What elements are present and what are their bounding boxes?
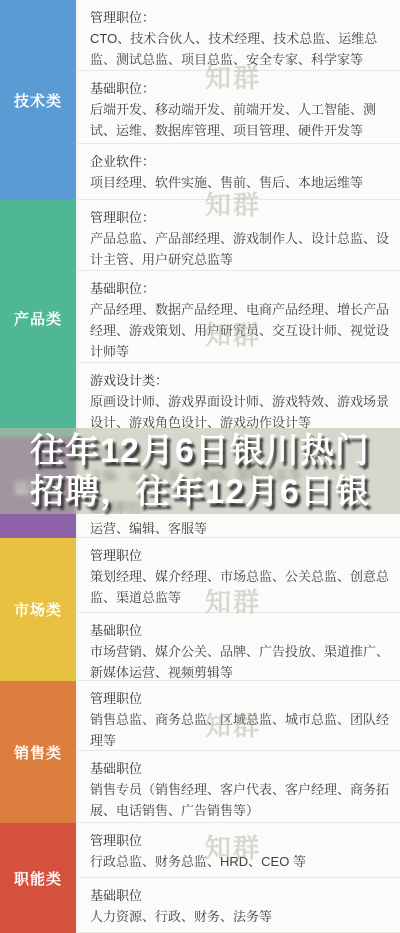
card-header: 基础职位 xyxy=(90,885,390,906)
section-functional: 职能类 管理职位 行政总监、财务总监、HRD、CEO 等 基础职位 人力资源、行… xyxy=(0,823,400,933)
section-marketing-label-cell: 市场类 xyxy=(0,538,76,681)
job-card: 基础职位 销售专员（销售经理、客户代表、客户经理、商务拓展、电话销售、广告销售等… xyxy=(78,751,400,823)
card-header: 管理职位： xyxy=(90,7,390,28)
card-body: 策划经理、媒介经理、市场总监、公关总监、创意总监、渠道总监等 xyxy=(90,566,390,608)
section-functional-label-cell: 职能类 xyxy=(0,823,76,933)
card-header: 管理职位： xyxy=(90,207,390,228)
card-header: 基础职位： xyxy=(90,278,390,299)
section-label: 技术类 xyxy=(14,90,62,111)
card-body: CTO、技术合伙人、技术经理、技术总监、运维总监、测试总监、项目总监、安全专家、… xyxy=(90,28,390,70)
card-body: 销售总监、商务总监、区域总监、城市总监、团队经理等 xyxy=(90,709,390,751)
section-sales-label-cell: 销售类 xyxy=(0,681,76,823)
job-card: 管理职位 销售总监、商务总监、区域总监、城市总监、团队经理等 xyxy=(78,681,400,751)
job-card: 基础职位： 后端开发、移动端开发、前端开发、人工智能、测试、运维、数据库管理、项… xyxy=(78,71,400,144)
job-card: 管理职位 策划经理、媒介经理、市场总监、公关总监、创意总监、渠道总监等 xyxy=(78,538,400,613)
section-marketing-cards: 管理职位 策划经理、媒介经理、市场总监、公关总监、创意总监、渠道总监等 基础职位… xyxy=(78,538,400,681)
job-card: 基础职位 人力资源、行政、财务、法务等 xyxy=(78,878,400,933)
job-card: 管理职位： 产品总监、产品部经理、游戏制作人、设计总监、设计主管、用户研究总监等 xyxy=(78,200,400,271)
section-tech-cards: 管理职位： CTO、技术合伙人、技术经理、技术总监、运维总监、测试总监、项目总监… xyxy=(78,0,400,200)
section-functional-cards: 管理职位 行政总监、财务总监、HRD、CEO 等 基础职位 人力资源、行政、财务… xyxy=(78,823,400,933)
section-product: 产品类 管理职位： 产品总监、产品部经理、游戏制作人、设计总监、设计主管、用户研… xyxy=(0,200,400,437)
job-card: 基础职位 市场营销、媒介公关、品牌、广告投放、渠道推广、新媒体运营、视频剪辑等 xyxy=(78,613,400,681)
card-body: 产品总监、产品部经理、游戏制作人、设计总监、设计主管、用户研究总监等 xyxy=(90,228,390,270)
section-tech: 技术类 管理职位： CTO、技术合伙人、技术经理、技术总监、运维总监、测试总监、… xyxy=(0,0,400,200)
card-header: 基础职位： xyxy=(90,78,390,99)
card-body: 运营、编辑、客服等 xyxy=(90,518,390,538)
job-card: 游戏设计类： 原画设计师、游戏界面设计师、游戏特效、游戏场景设计、游戏角色设计、… xyxy=(78,363,400,437)
section-label: 职能类 xyxy=(14,868,62,889)
card-header: 管理职位 xyxy=(90,545,390,566)
card-header: 游戏设计类： xyxy=(90,370,390,391)
card-header: 基础职位 xyxy=(90,620,390,641)
card-header: 基础职位 xyxy=(90,758,390,779)
section-sales: 销售类 管理职位 销售总监、商务总监、区域总监、城市总监、团队经理等 基础职位 … xyxy=(0,681,400,823)
section-marketing: 市场类 管理职位 策划经理、媒介经理、市场总监、公关总监、创意总监、渠道总监等 … xyxy=(0,538,400,681)
card-body: 市场营销、媒介公关、品牌、广告投放、渠道推广、新媒体运营、视频剪辑等 xyxy=(90,641,390,681)
job-categories-infographic: 技术类 管理职位： CTO、技术合伙人、技术经理、技术总监、运维总监、测试总监、… xyxy=(0,0,400,933)
job-card: 管理职位： CTO、技术合伙人、技术经理、技术总监、运维总监、测试总监、项目总监… xyxy=(78,0,400,71)
section-label: 销售类 xyxy=(14,742,62,763)
job-card: 基础职位： 产品经理、数据产品经理、电商产品经理、增长产品经理、游戏策划、用户研… xyxy=(78,271,400,363)
card-body: 人力资源、行政、财务、法务等 xyxy=(90,906,390,927)
overlay-title: 往年12月6日银川热门 招聘，往年12月6日银 xyxy=(0,431,400,513)
job-card: 管理职位 行政总监、财务总监、HRD、CEO 等 xyxy=(78,823,400,878)
overlay-title-line1: 往年12月6日银川热门 xyxy=(0,431,400,472)
section-tech-label-cell: 技术类 xyxy=(0,0,76,200)
section-sales-cards: 管理职位 销售总监、商务总监、区域总监、城市总监、团队经理等 基础职位 销售专员… xyxy=(78,681,400,823)
card-body: 后端开发、移动端开发、前端开发、人工智能、测试、运维、数据库管理、项目管理、硬件… xyxy=(90,99,390,141)
overlay-title-line2: 招聘，往年12月6日银 xyxy=(0,472,400,513)
card-body: 原画设计师、游戏界面设计师、游戏特效、游戏场景设计、游戏角色设计、游戏动作设计等 xyxy=(90,391,390,433)
card-body: 产品经理、数据产品经理、电商产品经理、增长产品经理、游戏策划、用户研究员、交互设… xyxy=(90,299,390,362)
card-body: 项目经理、软件实施、售前、售后、本地运维等 xyxy=(90,172,390,193)
card-body: 销售专员（销售经理、客户代表、客户经理、商务拓展、电话销售、广告销售等） xyxy=(90,779,390,821)
section-label: 产品类 xyxy=(14,308,62,329)
card-header: 管理职位 xyxy=(90,830,390,851)
card-header: 管理职位 xyxy=(90,688,390,709)
card-header: 企业软件： xyxy=(90,151,390,172)
section-product-cards: 管理职位： 产品总监、产品部经理、游戏制作人、设计总监、设计主管、用户研究总监等… xyxy=(78,200,400,437)
card-body: 行政总监、财务总监、HRD、CEO 等 xyxy=(90,851,390,872)
job-card: 企业软件： 项目经理、软件实施、售前、售后、本地运维等 xyxy=(78,144,400,200)
section-product-label-cell: 产品类 xyxy=(0,200,76,437)
section-label: 市场类 xyxy=(14,599,62,620)
